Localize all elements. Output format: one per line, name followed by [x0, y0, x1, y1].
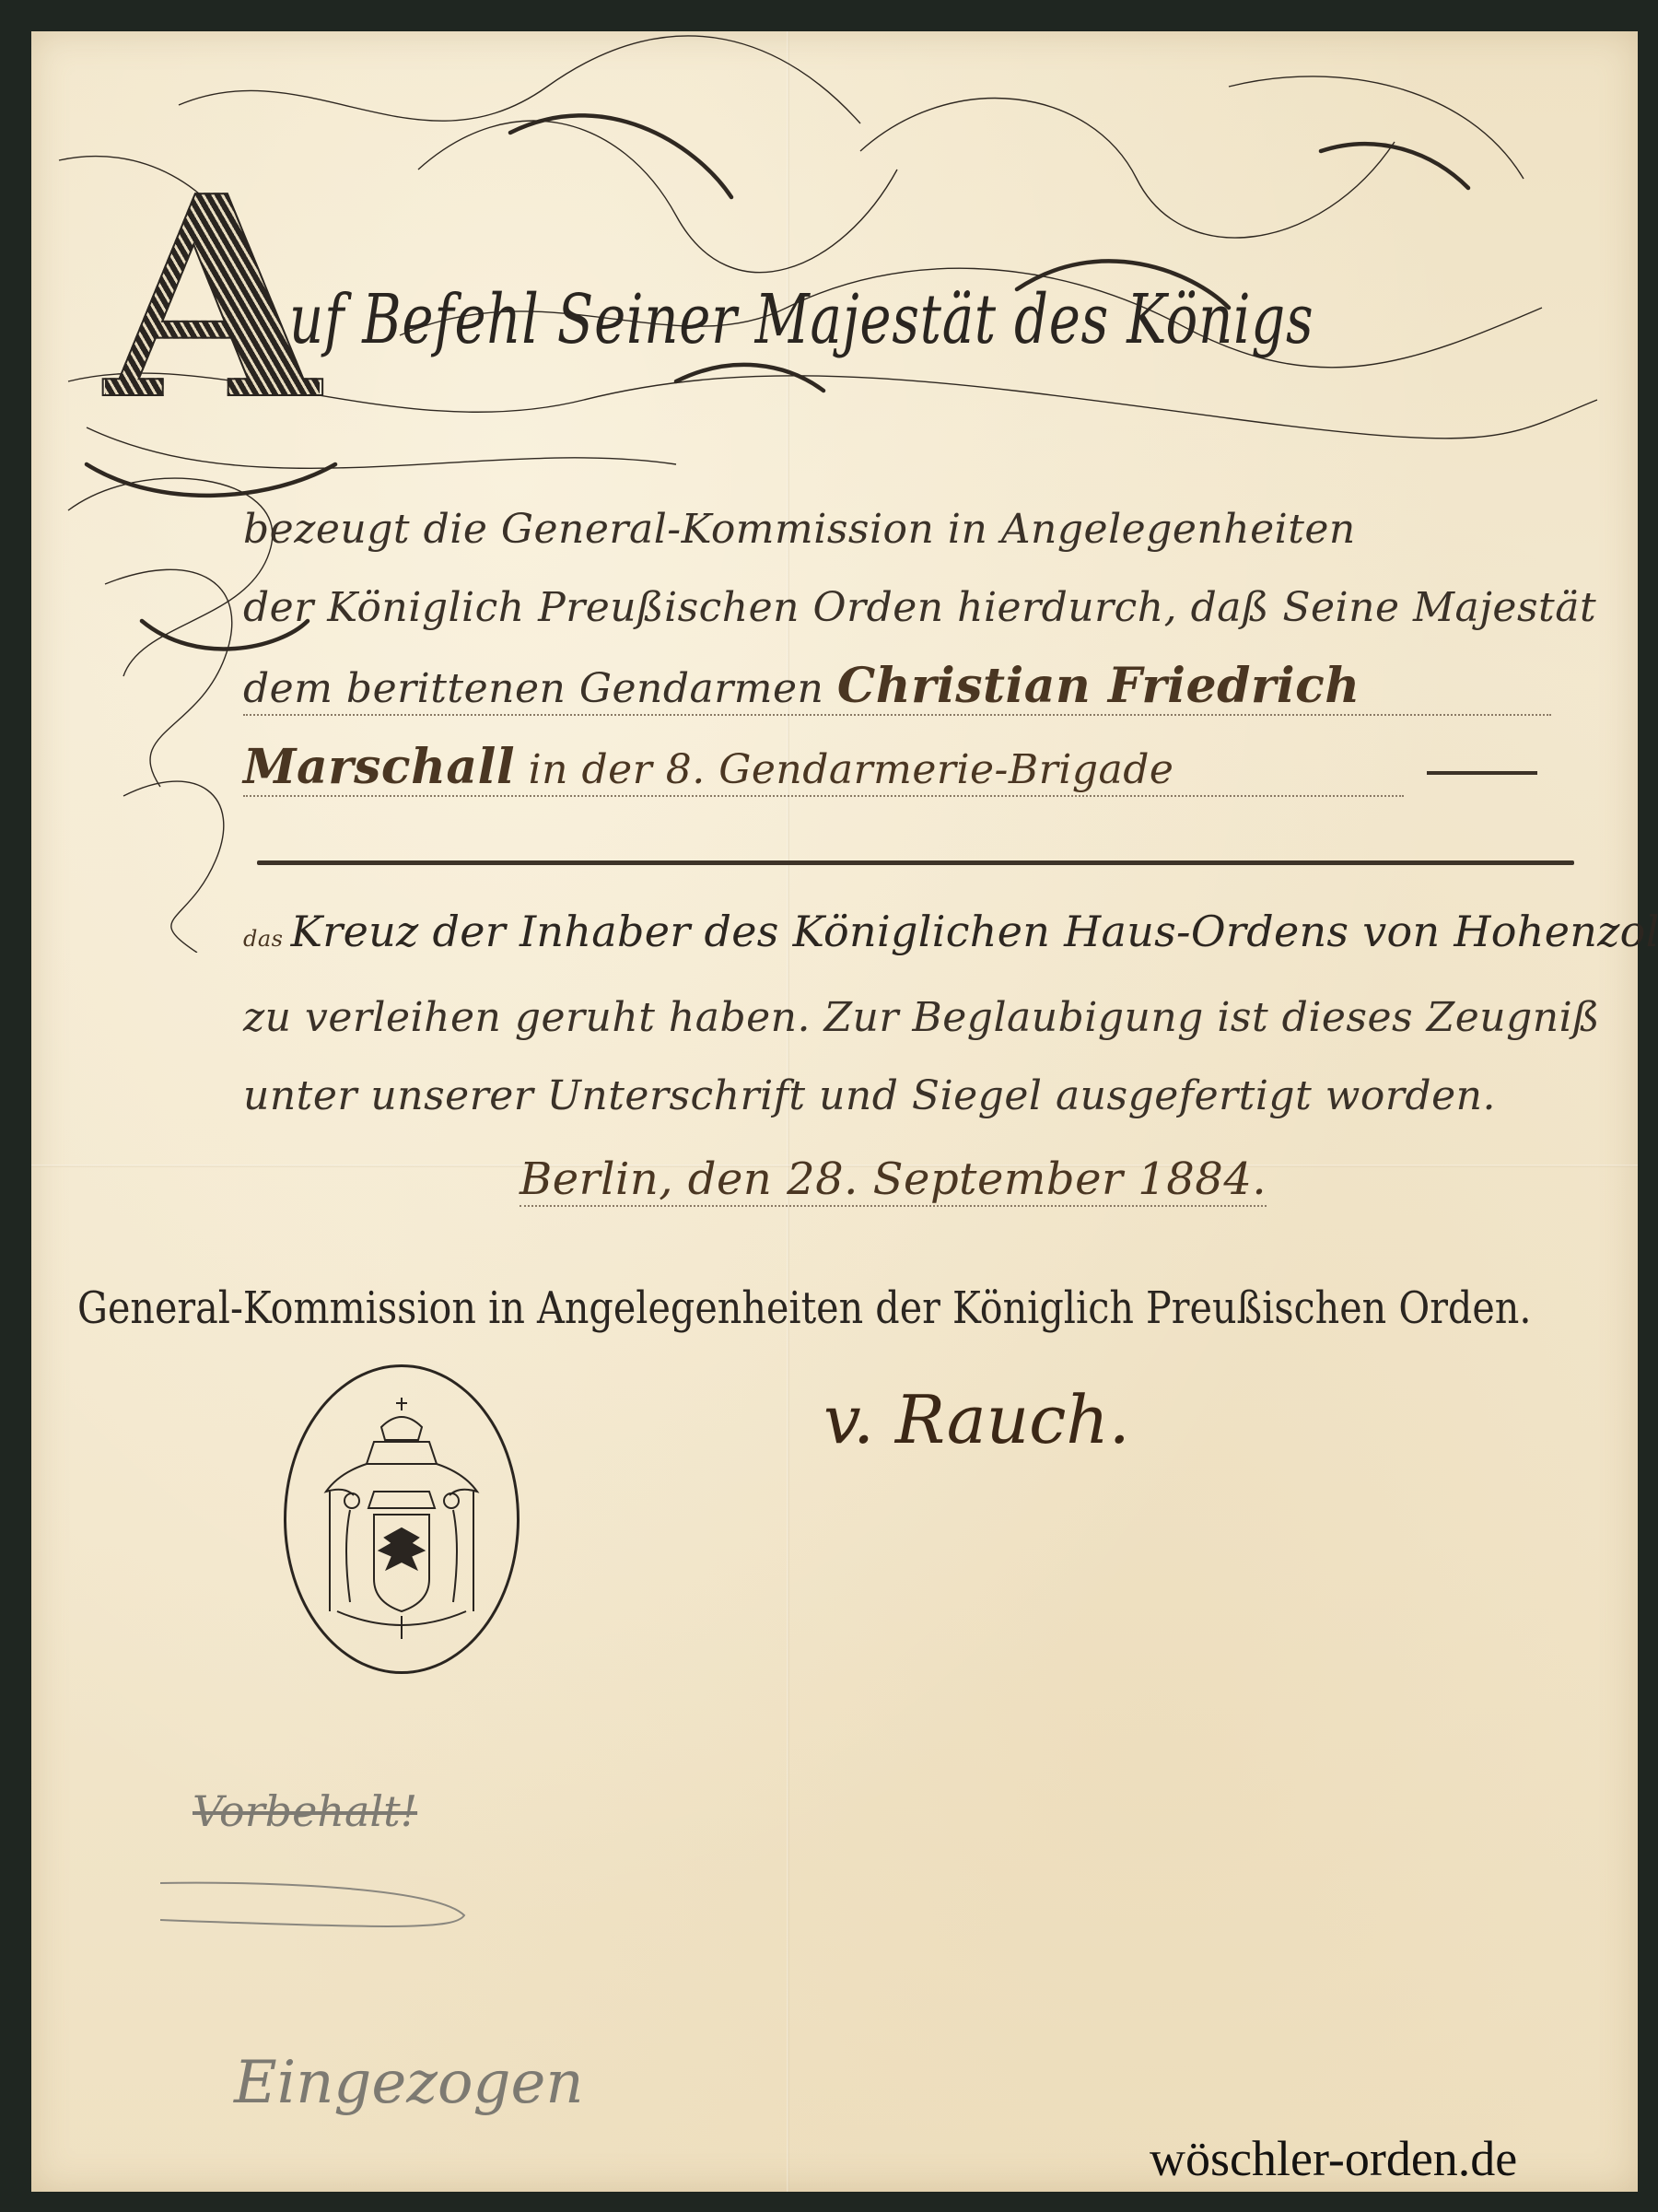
body-line-7: unter unserer Unterschrift und Siegel au… — [243, 1072, 1496, 1119]
decorated-initial-letter: A — [105, 160, 320, 437]
certificate-paper: A uf Befehl Seiner Majestät des Königs b… — [31, 31, 1638, 2192]
certificate-headline: uf Befehl Seiner Majestät des Königs — [289, 280, 1314, 359]
body-line-6: zu verleihen geruht haben. Zur Beglaubig… — [243, 994, 1600, 1041]
body-line-4: Marschall in der 8. Gendarmerie-Brigade — [243, 739, 1537, 797]
website-watermark: wöschler-orden.de — [1150, 2130, 1517, 2187]
prussian-coat-of-arms-seal — [284, 1364, 520, 1674]
recipient-given-names: Christian Friedrich — [837, 658, 1360, 714]
body-line-1: bezeugt die General-Kommission in Angele… — [243, 506, 1356, 553]
place-and-date: Berlin, den 28. September 1884. — [520, 1153, 1267, 1207]
line-filler-dash — [1427, 771, 1537, 775]
body-line-2: der Königlich Preußischen Orden hierdurc… — [243, 584, 1596, 631]
horizontal-divider-rule — [257, 860, 1574, 865]
recipient-surname: Marschall — [243, 739, 515, 795]
award-name: Kreuz der Inhaber des Königlichen Haus-O… — [291, 907, 1658, 956]
pencil-note: Eingezogen — [234, 2049, 584, 2117]
pencil-note-struck-out: Vorbehalt! — [193, 1786, 417, 1836]
official-signature: v. Rauch. — [823, 1381, 1130, 1458]
prussian-coat-of-arms-icon — [309, 1390, 494, 1648]
recipient-rank-text: dem berittenen Gendarmen — [243, 665, 837, 712]
pencil-scribble-lines — [160, 1865, 473, 1948]
body-line-5-award: das Kreuz der Inhaber des Königlichen Ha… — [243, 907, 1658, 956]
award-article: das — [243, 926, 291, 952]
recipient-unit-text: in der 8. Gendarmerie-Brigade — [529, 746, 1174, 793]
body-line-3: dem berittenen Gendarmen Christian Fried… — [243, 658, 1551, 716]
issuing-authority: General-Kommission in Angelegenheiten de… — [77, 1282, 1532, 1334]
